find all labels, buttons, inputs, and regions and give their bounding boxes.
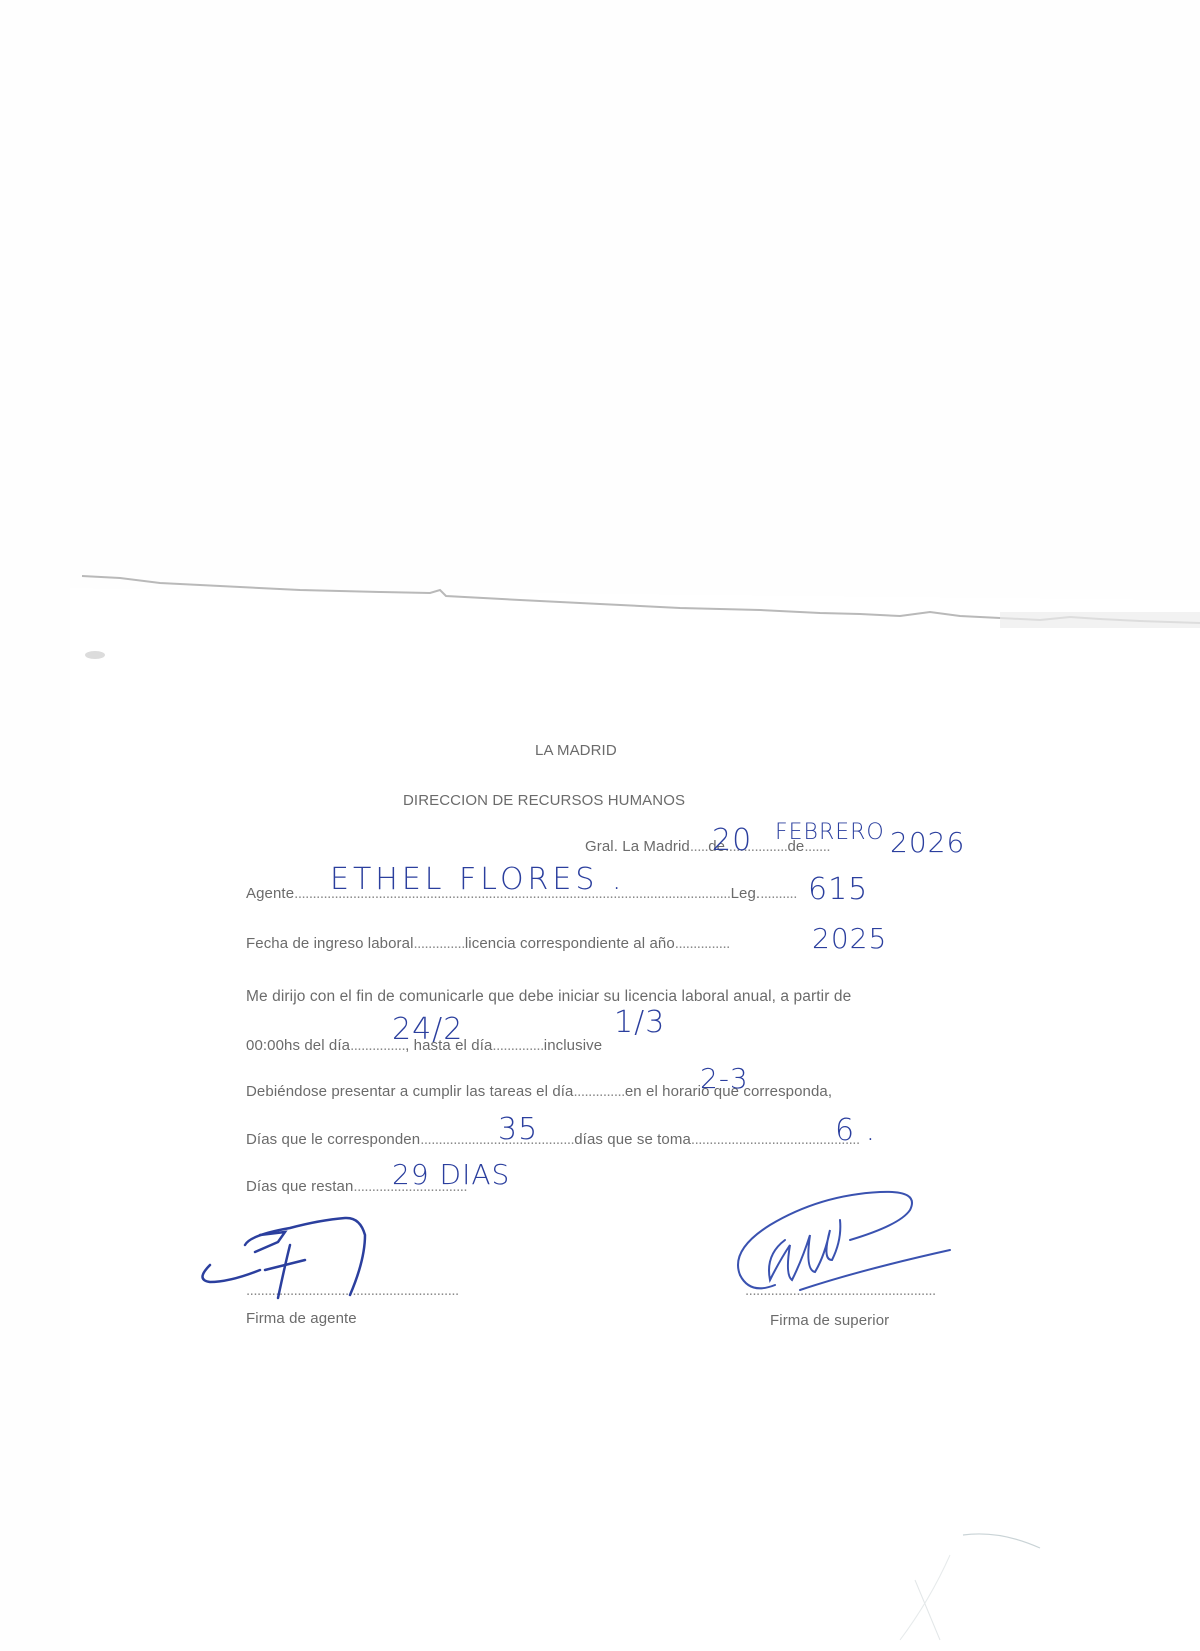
torn-paper-edge [0,0,1200,1651]
licencia-label: licencia correspondiente al año [465,935,675,952]
handwritten-leg-number: 615 [808,872,868,907]
superior-signature-label: Firma de superior [770,1312,889,1329]
handwritten-days-corresponden: 35 [498,1112,538,1147]
period-prefix: 00:00hs del día [246,1037,350,1054]
org-title: LA MADRID [535,742,617,759]
handwritten-return-date: 2-3 [700,1062,749,1095]
place-label: Gral. La Madrid [585,838,690,855]
handwritten-licencia-year: 2025 [812,922,887,955]
scanned-page: LA MADRID DIRECCION DE RECURSOS HUMANOS … [0,0,1200,1651]
remaining-label: Días que restan [246,1178,353,1195]
handwritten-year: 2026 [890,826,965,859]
agent-signature-line: ........................................… [246,1282,459,1299]
department-title: DIRECCION DE RECURSOS HUMANOS [403,792,685,809]
handwritten-day: 20 [712,823,752,858]
handwritten-to-date: 1/3 [614,1005,665,1040]
body-text: Me dirijo con el fin de comunicarle que … [246,988,851,1006]
superior-signature-line: ........................................… [745,1282,936,1299]
agent-signature-label: Firma de agente [246,1310,357,1327]
period-suffix: inclusive [544,1037,602,1054]
return-prefix: Debiéndose presentar a cumplir las tarea… [246,1083,573,1100]
ingreso-label: Fecha de ingreso laboral [246,935,414,952]
handwritten-days-remaining: 29 DIAS [392,1158,510,1191]
corresponden-label: Días que le corresponden [246,1131,420,1148]
agent-label: Agente [246,885,294,902]
handwritten-agent-name: ETHEL FLORES . [330,862,625,897]
leg-label: Leg. [731,885,761,902]
handwritten-month: FEBRERO [775,820,885,845]
ingreso-line: Fecha de ingreso laboral..............li… [246,935,730,952]
handwritten-days-toma: 6 . [835,1113,876,1148]
handwritten-from-date: 24/2 [392,1012,463,1047]
days-line: Días que le corresponden................… [246,1131,860,1148]
toma-label: días que se toma [574,1131,691,1148]
